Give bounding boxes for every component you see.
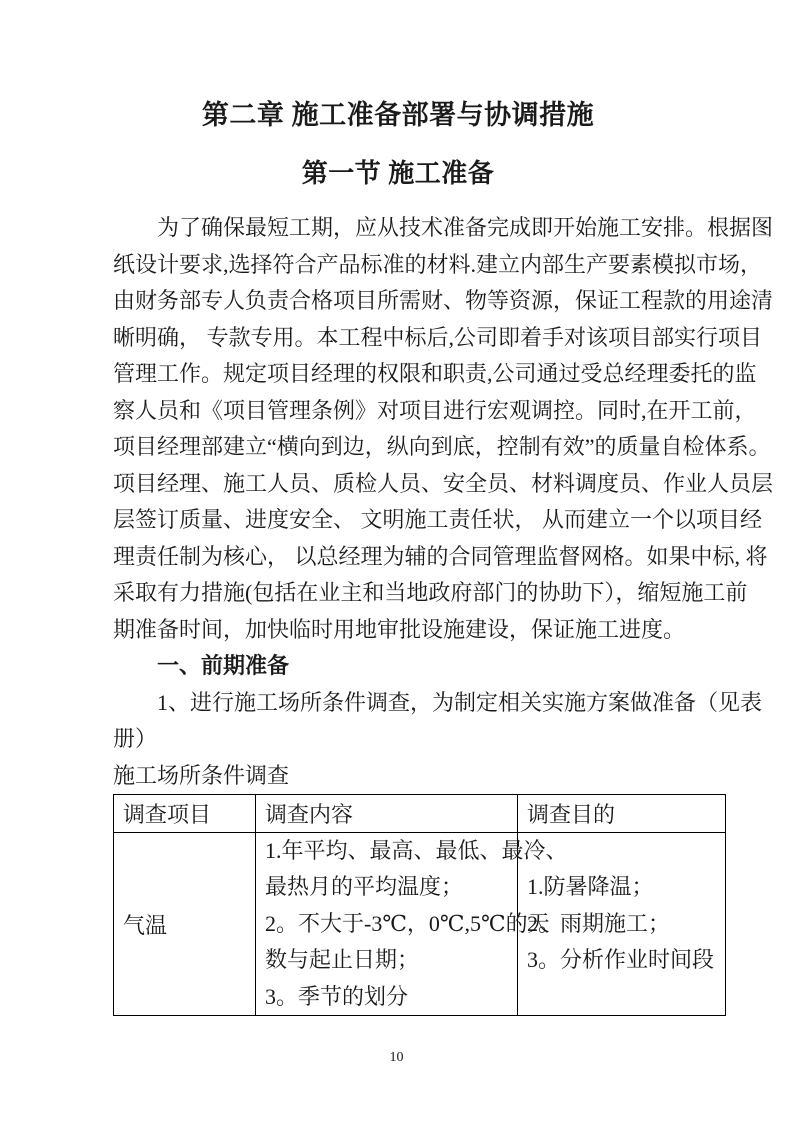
paragraph-line: 晰明确， 专款专用。本工程中标后,公司即着手对该项目部实行项目 xyxy=(113,320,683,357)
table-header-purpose: 调查目的 xyxy=(518,795,726,833)
document-page: 第二章 施工准备部署与协调措施 第一节 施工准备 为了确保最短工期，应从技术准备… xyxy=(0,0,793,1122)
cell-content-line: 1.年平均、最高、最低、最冷、 xyxy=(265,833,517,869)
cell-survey-content: 1.年平均、最高、最低、最冷、 最热月的平均温度； 2。不大于-3℃，0℃,5℃… xyxy=(256,833,518,1016)
cell-content-line: 数与起止日期； xyxy=(265,942,517,978)
paragraph-line: 采取有力措施(包括在业主和当地政府部门的协助下），缩短施工前 xyxy=(113,575,683,612)
cell-content-line: 2。不大于-3℃，0℃,5℃的天 xyxy=(265,906,517,942)
paragraph-line: 为了确保最短工期，应从技术准备完成即开始施工安排。根据图 xyxy=(113,210,683,247)
body-text: 为了确保最短工期，应从技术准备完成即开始施工安排。根据图 纸设计要求,选择符合产… xyxy=(113,210,683,794)
page-number: 10 xyxy=(0,1050,793,1066)
cell-content-line: 最热月的平均温度； xyxy=(265,869,517,905)
paragraph-line: 期准备时间，加快临时用地审批设施建设，保证施工进度。 xyxy=(113,612,683,649)
paragraph-line: 项目经理、施工人员、质检人员、安全员、材料调度员、作业人员层 xyxy=(113,466,683,503)
cell-survey-item: 气温 xyxy=(114,833,256,1016)
text-column: 第二章 施工准备部署与协调措施 第一节 施工准备 为了确保最短工期，应从技术准备… xyxy=(113,97,683,794)
cell-purpose-line: 3。分析作业时间段 xyxy=(527,942,725,978)
table-row: 气温 1.年平均、最高、最低、最冷、 最热月的平均温度； 2。不大于-3℃，0℃… xyxy=(114,833,726,1016)
paragraph-line: 理责任制为核心， 以总经理为辅的合同管理监督网格。如果中标, 将 xyxy=(113,539,683,576)
paragraph-line: 项目经理部建立“横向到边，纵向到底，控制有效”的质量自检体系。 xyxy=(113,429,683,466)
table-header-content: 调查内容 xyxy=(256,795,518,833)
table-header-item: 调查项目 xyxy=(114,795,256,833)
paragraph-line: 层签订质量、进度安全、 文明施工责任状， 从而建立一个以项目经 xyxy=(113,502,683,539)
paragraph-line: 管理工作。规定项目经理的权限和职责,公司通过受总经理委托的监 xyxy=(113,356,683,393)
document-subtitle: 第一节 施工准备 xyxy=(113,156,683,192)
paragraph-line: 纸设计要求,选择符合产品标准的材料.建立内部生产要素模拟市场， xyxy=(113,247,683,284)
section-heading: 一、前期准备 xyxy=(113,648,683,685)
list-item-line: 1、进行施工场所条件调查，为制定相关实施方案做准备（见表 xyxy=(113,685,683,722)
paragraph-line: 由财务部专人负责合格项目所需财、物等资源，保证工程款的用途清 xyxy=(113,283,683,320)
document-title: 第二章 施工准备部署与协调措施 xyxy=(113,97,683,133)
paragraph-line: 察人员和《项目管理条例》对项目进行宏观调控。同时,在开工前， xyxy=(113,393,683,430)
table-caption: 施工场所条件调查 xyxy=(113,758,683,795)
list-item-continuation: 册） xyxy=(113,721,683,758)
survey-table: 调查项目 调查内容 调查目的 气温 1.年平均、最高、最低、最冷、 最热月的平均… xyxy=(113,794,726,1016)
cell-purpose-line: 1.防暑降温； xyxy=(527,869,725,905)
cell-content-line: 3。季节的划分 xyxy=(265,979,517,1015)
table-header-row: 调查项目 调查内容 调查目的 xyxy=(114,795,726,833)
cell-purpose-line: 2。雨期施工； xyxy=(527,906,725,942)
page-content: 第二章 施工准备部署与协调措施 第一节 施工准备 为了确保最短工期，应从技术准备… xyxy=(113,97,725,1016)
